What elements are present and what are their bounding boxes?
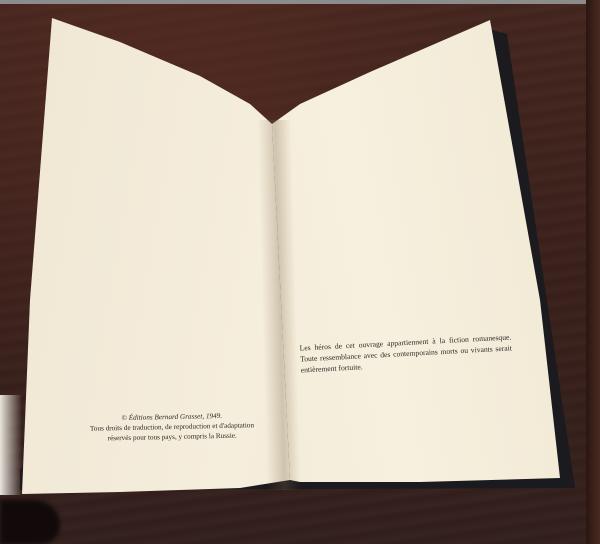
wall-strip [0,0,600,4]
copyright-notice: © Éditions Bernard Grasset, 1949. Tous d… [62,410,283,445]
table-edge [586,0,600,544]
light-glare [0,395,22,495]
shadow [0,500,60,544]
